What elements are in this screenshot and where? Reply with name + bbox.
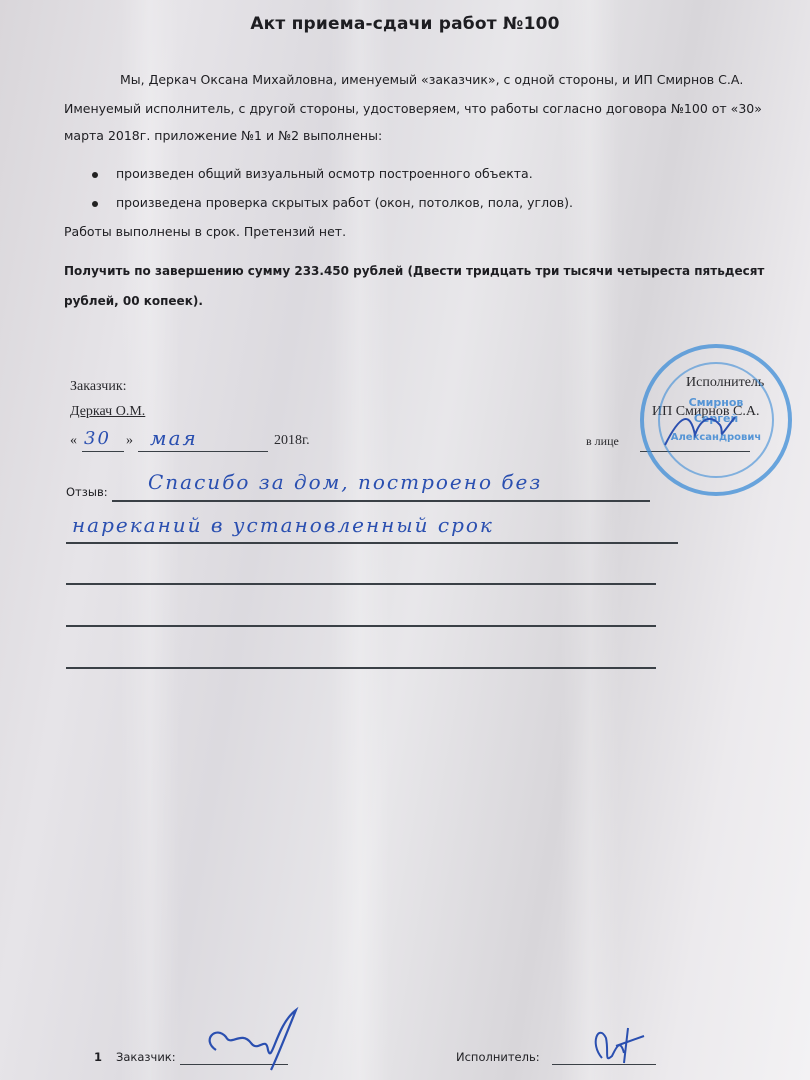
bullet-item: произведена проверка скрытых работ (окон… (92, 195, 573, 210)
page-number: 1 (94, 1050, 102, 1064)
bullet-icon (92, 201, 98, 207)
document-title: Акт приема-сдачи работ №100 (0, 14, 810, 34)
contractor-signature (660, 405, 740, 455)
intro-line-3: марта 2018г. приложение №1 и №2 выполнен… (64, 128, 382, 143)
date-month: мая (150, 426, 198, 450)
payment-line-2: рублей, 00 копеек). (64, 294, 203, 308)
completion-note: Работы выполнены в срок. Претензий нет. (64, 224, 346, 239)
bullet-icon (92, 172, 98, 178)
customer-name: Деркач О.М. (70, 404, 145, 420)
customer-signature (196, 1005, 306, 1075)
date-day: 30 (84, 428, 111, 449)
customer-date: « (70, 433, 77, 449)
represented-by: в лице (586, 434, 619, 449)
intro-line-2: Именуемый исполнитель, с другой стороны,… (64, 101, 762, 116)
footer-contractor-label: Исполнитель: (456, 1050, 540, 1064)
review-text-line-2: нареканий в установленный срок (72, 513, 494, 537)
date-year: 2018г. (274, 433, 310, 449)
payment-line-1: Получить по завершению сумму 233.450 руб… (64, 264, 764, 278)
contractor-footer-signature (584, 1018, 654, 1068)
bullet-item: произведен общий визуальный осмотр постр… (92, 166, 533, 181)
footer-customer-label: Заказчик: (116, 1050, 176, 1064)
intro-line-1: Мы, Деркач Оксана Михайловна, именуемый … (120, 72, 743, 87)
review-label: Отзыв: (66, 485, 108, 499)
customer-label: Заказчик: (70, 379, 127, 395)
review-text-line-1: Спасибо за дом, построено без (148, 470, 542, 494)
